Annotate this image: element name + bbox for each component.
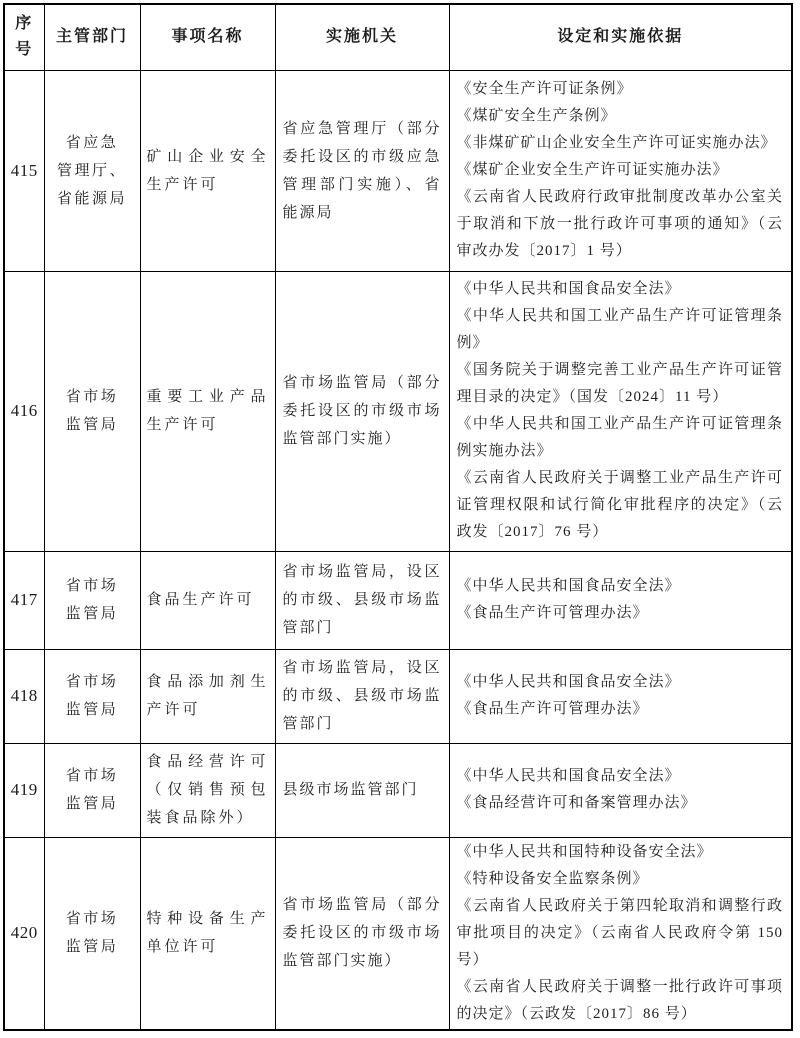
cell-legal-basis: 《中华人民共和国特种设备安全法》 《特种设备安全监察条例》 《云南省人民政府关于… <box>449 837 792 1030</box>
cell-item-name: 食品经营许可（仅销售预包装食品除外） <box>140 743 275 837</box>
basis-entry: 《特种设备安全监察条例》 <box>457 866 784 893</box>
cell-legal-basis: 《中华人民共和国食品安全法》 《食品经营许可和备案管理办法》 <box>449 743 792 837</box>
table-row: 416 省市场监管局 重要工业产品生产许可 省市场监管局（部分委托设区的市级市场… <box>4 271 792 551</box>
basis-entry: 《食品生产许可管理办法》 <box>457 696 784 723</box>
basis-entry: 《中华人民共和国食品安全法》 <box>457 669 784 696</box>
basis-entry: 《中华人民共和国食品安全法》 <box>457 763 784 790</box>
table-row: 420 省市场监管局 特种设备生产单位许可 省市场监管局（部分委托设区的市级市场… <box>4 837 792 1030</box>
table-row: 417 省市场监管局 食品生产许可 省市场监管局，设区的市级、县级市场监管部门 … <box>4 551 792 649</box>
basis-entry: 《煤矿安全生产条例》 <box>457 103 784 130</box>
permits-table: 序号 主管部门 事项名称 实施机关 设定和实施依据 415 省应急管理厅、省能源… <box>3 3 793 1031</box>
basis-entry: 《中华人民共和国工业产品生产许可证管理条例实施办法》 <box>457 411 784 465</box>
cell-legal-basis: 《安全生产许可证条例》 《煤矿安全生产条例》 《非煤矿矿山企业安全生产许可证实施… <box>449 70 792 271</box>
basis-entry: 《中华人民共和国特种设备安全法》 <box>457 839 784 866</box>
cell-serial-number: 420 <box>4 837 44 1030</box>
table-header-row: 序号 主管部门 事项名称 实施机关 设定和实施依据 <box>4 4 792 70</box>
basis-entry: 《云南省人民政府关于调整一批行政许可事项的决定》（云政发〔2017〕86 号） <box>457 974 784 1028</box>
table-row: 415 省应急管理厅、省能源局 矿山企业安全生产许可 省应急管理厅（部分委托设区… <box>4 70 792 271</box>
cell-department: 省应急管理厅、省能源局 <box>44 70 140 271</box>
basis-entry: 《中华人民共和国食品安全法》 <box>457 276 784 303</box>
cell-implementing-agency: 省市场监管局（部分委托设区的市级市场监管部门实施） <box>275 837 449 1030</box>
cell-item-name: 食品生产许可 <box>140 551 275 649</box>
header-department: 主管部门 <box>44 4 140 70</box>
cell-implementing-agency: 省市场监管局（部分委托设区的市级市场监管部门实施） <box>275 271 449 551</box>
cell-legal-basis: 《中华人民共和国食品安全法》 《中华人民共和国工业产品生产许可证管理条例》 《国… <box>449 271 792 551</box>
cell-item-name: 食品添加剂生产许可 <box>140 649 275 743</box>
cell-serial-number: 418 <box>4 649 44 743</box>
header-serial-number: 序号 <box>4 4 44 70</box>
cell-department: 省市场监管局 <box>44 551 140 649</box>
table-row: 419 省市场监管局 食品经营许可（仅销售预包装食品除外） 县级市场监管部门 《… <box>4 743 792 837</box>
cell-implementing-agency: 省市场监管局，设区的市级、县级市场监管部门 <box>275 649 449 743</box>
header-implementing-agency: 实施机关 <box>275 4 449 70</box>
header-legal-basis: 设定和实施依据 <box>449 4 792 70</box>
table-row: 418 省市场监管局 食品添加剂生产许可 省市场监管局，设区的市级、县级市场监管… <box>4 649 792 743</box>
cell-legal-basis: 《中华人民共和国食品安全法》 《食品生产许可管理办法》 <box>449 551 792 649</box>
cell-department: 省市场监管局 <box>44 743 140 837</box>
cell-serial-number: 416 <box>4 271 44 551</box>
basis-entry: 《云南省人民政府关于第四轮取消和调整行政审批项目的决定》（云南省人民政府令第 1… <box>457 893 784 974</box>
cell-implementing-agency: 县级市场监管部门 <box>275 743 449 837</box>
cell-serial-number: 415 <box>4 70 44 271</box>
basis-entry: 《食品经营许可和备案管理办法》 <box>457 790 784 817</box>
cell-department: 省市场监管局 <box>44 271 140 551</box>
basis-entry: 《煤矿企业安全生产许可证实施办法》 <box>457 157 784 184</box>
basis-entry: 《非煤矿矿山企业安全生产许可证实施办法》 <box>457 130 784 157</box>
document-page: 序号 主管部门 事项名称 实施机关 设定和实施依据 415 省应急管理厅、省能源… <box>0 0 800 1038</box>
basis-entry: 《云南省人民政府关于调整工业产品生产许可证管理权限和试行简化审批程序的决定》（云… <box>457 465 784 546</box>
cell-implementing-agency: 省应急管理厅（部分委托设区的市级应急管理部门实施）、省能源局 <box>275 70 449 271</box>
basis-entry: 《中华人民共和国工业产品生产许可证管理条例》 <box>457 303 784 357</box>
header-item-name: 事项名称 <box>140 4 275 70</box>
basis-entry: 《国务院关于调整完善工业产品生产许可证管理目录的决定》（国发〔2024〕11 号… <box>457 357 784 411</box>
basis-entry: 《食品生产许可管理办法》 <box>457 600 784 627</box>
cell-legal-basis: 《中华人民共和国食品安全法》 《食品生产许可管理办法》 <box>449 649 792 743</box>
cell-serial-number: 419 <box>4 743 44 837</box>
cell-implementing-agency: 省市场监管局，设区的市级、县级市场监管部门 <box>275 551 449 649</box>
cell-department: 省市场监管局 <box>44 837 140 1030</box>
cell-item-name: 矿山企业安全生产许可 <box>140 70 275 271</box>
basis-entry: 《安全生产许可证条例》 <box>457 76 784 103</box>
basis-entry: 《中华人民共和国食品安全法》 <box>457 573 784 600</box>
cell-serial-number: 417 <box>4 551 44 649</box>
cell-department: 省市场监管局 <box>44 649 140 743</box>
cell-item-name: 重要工业产品生产许可 <box>140 271 275 551</box>
cell-item-name: 特种设备生产单位许可 <box>140 837 275 1030</box>
basis-entry: 《云南省人民政府行政审批制度改革办公室关于取消和下放一批行政许可事项的通知》（云… <box>457 184 784 265</box>
